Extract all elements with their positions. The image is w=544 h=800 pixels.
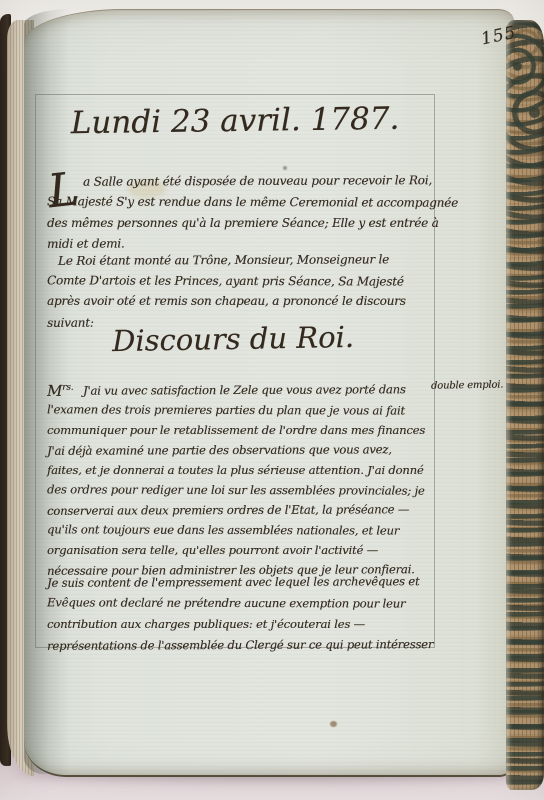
manuscript-line: l'examen des trois premieres parties du … — [47, 399, 433, 420]
manuscript-line: faites, et je donnerai a toutes la plus … — [47, 460, 433, 480]
manuscript-line: Mrs. J'ai vu avec satisfaction le Zele q… — [47, 379, 433, 401]
manuscript-line: des mêmes personnes qu'à la premiere Séa… — [47, 213, 433, 234]
line-text: a Salle ayant été disposée de nouveau po… — [83, 173, 432, 189]
manuscript-line: Le Roi étant monté au Trône, Monsieur, M… — [47, 249, 433, 271]
paper-stain — [330, 721, 337, 727]
manuscript-line: Evêques ont declaré ne prétendre aucune … — [47, 592, 433, 614]
opening-paragraph: L a Salle ayant été disposée de nouveau … — [47, 171, 433, 254]
manuscript-line: J'ai déjà examiné une partie des observa… — [47, 439, 433, 461]
salutation: Mrs. — [47, 378, 73, 401]
speech-paragraph-1: Mrs. J'ai vu avec satisfaction le Zele q… — [47, 380, 433, 580]
speech-paragraph-2: Je suis content de l'empressement avec l… — [47, 572, 433, 656]
manuscript-line: L a Salle ayant été disposée de nouveau … — [47, 170, 433, 192]
manuscript-line: Sa Majesté S'y est rendue dans le même C… — [47, 191, 433, 213]
manuscript-line: des ordres pour rediger une loi sur les … — [47, 479, 433, 500]
marbled-fore-edge — [506, 20, 544, 790]
manuscript-line: contribution aux charges publiques: et j… — [47, 614, 433, 635]
salutation-initial: M — [47, 382, 62, 400]
manuscript-line: représentations de l'assemblée du Clergé… — [47, 634, 433, 657]
date-heading: Lundi 23 avril. 1787. — [40, 100, 430, 141]
manuscript-line: Je suis content de l'empressement avec l… — [47, 571, 433, 594]
manuscript-line: organisation sera telle, qu'elles pourro… — [47, 540, 433, 560]
manuscript-line: Comte D'artois et les Princes, ayant pri… — [47, 270, 433, 292]
manuscript-line: qu'ils ont toujours eue dans les assembl… — [47, 519, 433, 540]
manuscript-line: après avoir oté et remis son chapeau, a … — [47, 291, 433, 312]
throne-paragraph: Le Roi étant monté au Trône, Monsieur, M… — [47, 250, 433, 332]
manuscript-photo: 155 Lundi 23 avril. 1787. L a Salle ayan… — [0, 0, 544, 800]
salutation-superscript: rs. — [62, 383, 73, 393]
margin-note: double emploi. — [431, 379, 519, 392]
manuscript-line: communiquer pour le retablissement de l'… — [47, 420, 433, 440]
manuscript-line: conserverai aux deux premiers ordres de … — [47, 499, 433, 521]
speech-heading: Discours du Roi. — [112, 320, 355, 358]
line-text: J'ai vu avec satisfaction le Zele que vo… — [83, 382, 406, 397]
